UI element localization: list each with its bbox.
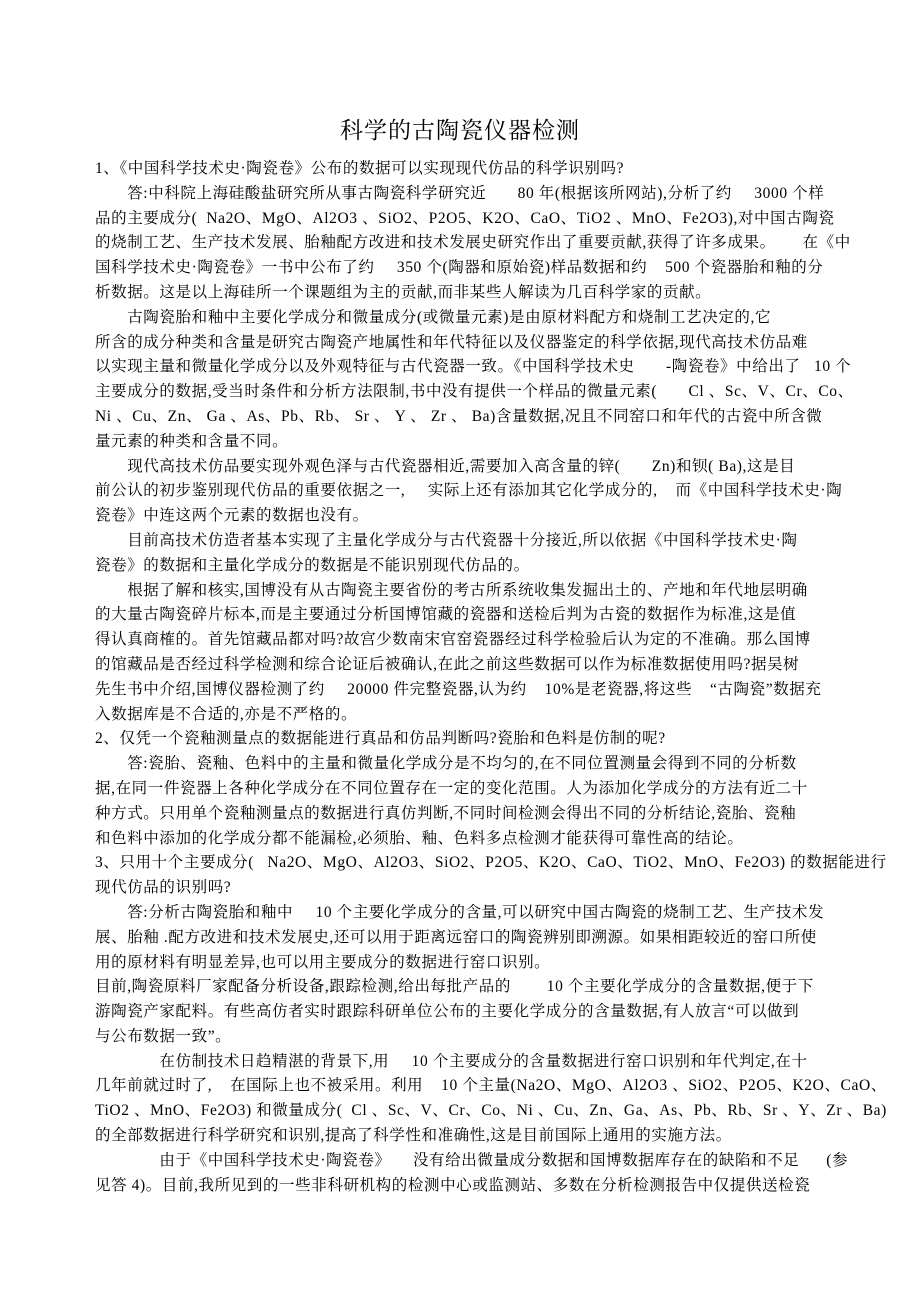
text-line: 和色料中添加的化学成分都不能漏检,必须胎、釉、色料多点检测才能获得可靠性高的结论… xyxy=(95,827,840,852)
document-body: 1、《中国科学技术史·陶瓷卷》公布的数据可以实现现代仿品的科学识别吗? 答:中科… xyxy=(95,157,840,1198)
text-line: 前公认的初步鉴别现代仿品的重要依据之一, 实际上还有添加其它化学成分的, 而《中… xyxy=(95,479,840,504)
page-title: 科学的古陶瓷仪器检测 xyxy=(0,112,920,145)
text-line: 展、胎釉 .配方改进和技术发展史,还可以用于距离远窑口的陶瓷辨别即溯源。如果相距… xyxy=(95,926,840,951)
text-line: 种方式。只用单个瓷釉测量点的数据进行真仿判断,不同时间检测会得出不同的分析结论,… xyxy=(95,802,840,827)
text-line: 答:瓷胎、瓷釉、色料中的主量和微量化学成分是不均匀的,在不同位置测量会得到不同的… xyxy=(95,752,840,777)
text-line: 所含的成分种类和含量是研究古陶瓷产地属性和年代特征以及仪器鉴定的科学依据,现代高… xyxy=(95,331,840,356)
text-line: 根据了解和核实,国博没有从古陶瓷主要省份的考古所系统收集发掘出土的、产地和年代地… xyxy=(95,579,840,604)
text-line: 主要成分的数据,受当时条件和分析方法限制,书中没有提供一个样品的微量元素( Cl… xyxy=(95,380,840,405)
text-line: 游陶瓷产家配料。有些高仿者实时跟踪科研单位公布的主要化学成分的含量数据,有人放言… xyxy=(95,1000,840,1025)
text-line: 得认真商榷的。首先馆藏品都对吗?故宫少数南宋官窑瓷器经过科学检验后认为定的不准确… xyxy=(95,628,840,653)
text-line: Ni 、Cu、Zn、 Ga 、As、Pb、Rb、 Sr 、 Y 、 Zr 、 B… xyxy=(95,405,840,430)
text-line: 目前高技术仿造者基本实现了主量化学成分与古代瓷器十分接近,所以依据《中国科学技术… xyxy=(95,529,840,554)
text-line: 先生书中介绍,国博仪器检测了约 20000 件完整瓷器,认为约 10%是老瓷器,… xyxy=(95,678,840,703)
text-line: 由于《中国科学技术史·陶瓷卷》 没有给出微量成分数据和国博数据库存在的缺陷和不足… xyxy=(95,1149,840,1174)
text-line: 瓷卷》的数据和主量化学成分的数据是不能识别现代仿品的。 xyxy=(95,554,840,579)
text-line: 答:中科院上海硅酸盐研究所从事古陶瓷科学研究近 80 年(根据该所网站),分析了… xyxy=(95,182,840,207)
text-line: 量元素的种类和含量不同。 xyxy=(95,430,840,455)
text-line: 的大量古陶瓷碎片标本,而是主要通过分析国博馆藏的瓷器和送检后判为古瓷的数据作为标… xyxy=(95,603,840,628)
text-line: 3、只用十个主要成分( Na2O、MgO、Al2O3、SiO2、P2O5、K2O… xyxy=(95,851,840,876)
text-line: 析数据。这是以上海硅所一个课题组为主的贡献,而非某些人解读为几百科学家的贡献。 xyxy=(95,281,840,306)
text-line: 的馆藏品是否经过科学检测和综合论证后被确认,在此之前这些数据可以作为标准数据使用… xyxy=(95,653,840,678)
text-line: 的全部数据进行科学研究和识别,提高了科学性和准确性,这是目前国际上通用的实施方法… xyxy=(95,1124,840,1149)
text-line: 2、仅凭一个瓷釉测量点的数据能进行真品和仿品判断吗?瓷胎和色料是仿制的呢? xyxy=(95,727,840,752)
text-line: 现代仿品的识别吗? xyxy=(95,876,840,901)
text-line: 入数据库是不合适的,亦是不严格的。 xyxy=(95,703,840,728)
text-line: 1、《中国科学技术史·陶瓷卷》公布的数据可以实现现代仿品的科学识别吗? xyxy=(95,157,840,182)
text-line: 据,在同一件瓷器上各种化学成分在不同位置存在一定的变化范围。人为添加化学成分的方… xyxy=(95,777,840,802)
text-line: 现代高技术仿品要实现外观色泽与古代瓷器相近,需要加入高含量的锌( Zn)和钡( … xyxy=(95,455,840,480)
document-page: 科学的古陶瓷仪器检测 1、《中国科学技术史·陶瓷卷》公布的数据可以实现现代仿品的… xyxy=(0,0,920,1303)
text-line: 用的原材料有明显差异,也可以用主要成分的数据进行窑口识别。 xyxy=(95,951,840,976)
text-line: 在仿制技术日趋精湛的背景下,用 10 个主要成分的含量数据进行窑口识别和年代判定… xyxy=(95,1050,840,1075)
text-line: 品的主要成分( Na2O、MgO、Al2O3 、SiO2、P2O5、K2O、Ca… xyxy=(95,207,840,232)
text-line: 见答 4)。目前,我所见到的一些非科研机构的检测中心或监测站、多数在分析检测报告… xyxy=(95,1174,840,1199)
text-line: 古陶瓷胎和釉中主要化学成分和微量成分(或微量元素)是由原材料配方和烧制工艺决定的… xyxy=(95,306,840,331)
text-line: 国科学技术史·陶瓷卷》一书中公布了约 350 个(陶器和原始瓷)样品数据和约 5… xyxy=(95,256,840,281)
text-line: 的烧制工艺、生产技术发展、胎釉配方改进和技术发展史研究作出了重要贡献,获得了许多… xyxy=(95,231,840,256)
text-line: 与公布数据一致”。 xyxy=(95,1025,840,1050)
text-line: 以实现主量和微量化学成分以及外观特征与古代瓷器一致。《中国科学技术史 -陶瓷卷》… xyxy=(95,355,840,380)
text-line: 答:分析古陶瓷胎和釉中 10 个主要化学成分的含量,可以研究中国古陶瓷的烧制工艺… xyxy=(95,901,840,926)
text-line: TiO2 、MnO、Fe2O3) 和微量成分( Cl 、Sc、V、Cr、Co、N… xyxy=(95,1099,840,1124)
text-line: 几年前就过时了, 在国际上也不被采用。利用 10 个主量(Na2O、MgO、Al… xyxy=(95,1074,840,1099)
text-line: 瓷卷》中连这两个元素的数据也没有。 xyxy=(95,504,840,529)
text-line: 目前,陶瓷原料厂家配备分析设备,跟踪检测,给出每批产品的 10 个主要化学成分的… xyxy=(95,975,840,1000)
